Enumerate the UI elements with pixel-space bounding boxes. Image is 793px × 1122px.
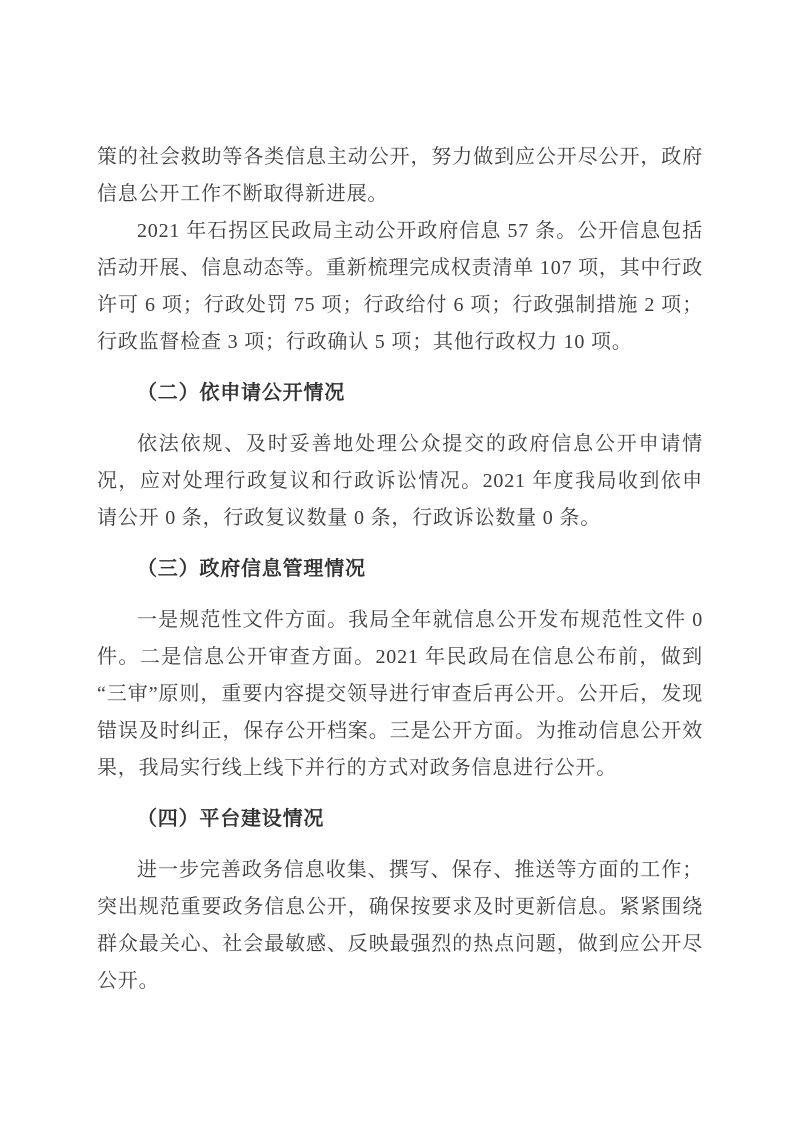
section-heading: （二）依申请公开情况 [97, 375, 703, 412]
body-paragraph: 一是规范性文件方面。我局全年就信息公开发布规范性文件 0 件。二是信息公开审查方… [97, 602, 703, 787]
section-heading: （四）平台建设情况 [97, 801, 703, 838]
document-page: 策的社会救助等各类信息主动公开，努力做到应公开尽公开，政府信息公开工作不断取得新… [0, 0, 793, 1122]
section-heading: （三）政府信息管理情况 [97, 551, 703, 588]
body-paragraph: 进一步完善政务信息收集、撰写、保存、推送等方面的工作；突出规范重要政务信息公开，… [97, 852, 703, 1000]
body-paragraph: 2021 年石拐区民政局主动公开政府信息 57 条。公开信息包括活动开展、信息动… [97, 213, 703, 361]
document-body: 策的社会救助等各类信息主动公开，努力做到应公开尽公开，政府信息公开工作不断取得新… [97, 139, 703, 1000]
body-paragraph: 依法依规、及时妥善地处理公众提交的政府信息公开申请情况，应对处理行政复议和行政诉… [97, 426, 703, 537]
body-paragraph: 策的社会救助等各类信息主动公开，努力做到应公开尽公开，政府信息公开工作不断取得新… [97, 139, 703, 213]
